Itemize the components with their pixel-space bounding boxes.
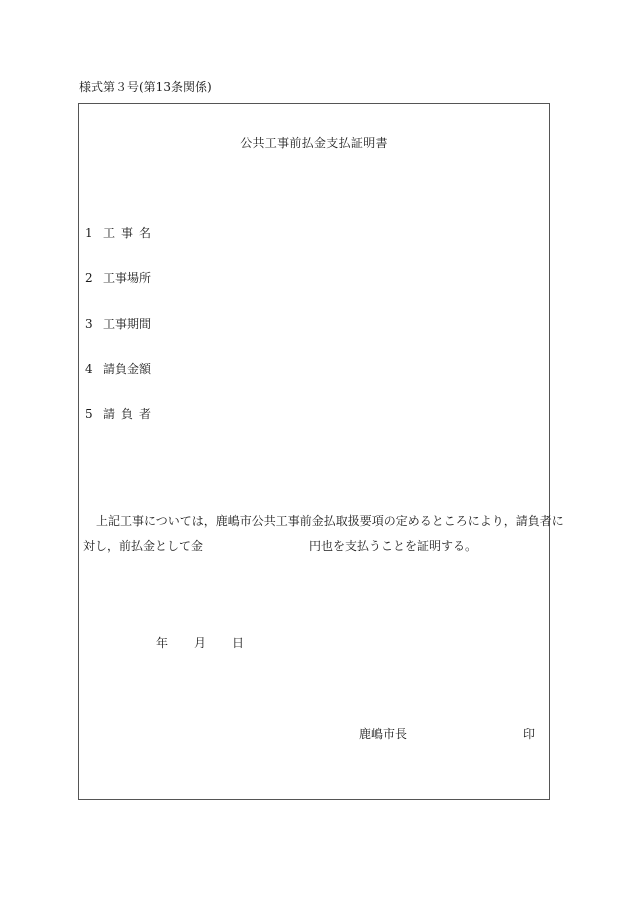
signatory-title: 鹿嶋市長: [359, 726, 407, 742]
item-number: 5: [85, 406, 103, 422]
month-label: 月: [194, 635, 206, 651]
item-label: 工事期間: [103, 316, 151, 332]
advance-payment-suffix: 円也を支払うことを証明する。: [309, 539, 477, 553]
form-number-label: 様式第３号(第13条関係): [79, 79, 212, 95]
item-contractor: 5請負者: [85, 406, 157, 422]
item-number: 1: [85, 225, 103, 241]
certification-text-line-2: 対し，前払金として金円也を支払うことを証明する。: [83, 538, 477, 554]
day-label: 日: [232, 635, 244, 651]
item-construction-location: 2工事場所: [85, 270, 151, 286]
item-contract-amount: 4請負金額: [85, 361, 151, 377]
item-label: 工事場所: [103, 270, 151, 286]
item-label: 請負者: [103, 406, 157, 422]
item-label: 工事名: [103, 225, 157, 241]
item-construction-name: 1工事名: [85, 225, 157, 241]
item-construction-period: 3工事期間: [85, 316, 151, 332]
item-number: 3: [85, 316, 103, 332]
item-number: 2: [85, 270, 103, 286]
seal-mark: 印: [523, 726, 535, 742]
item-label: 請負金額: [103, 361, 151, 377]
advance-payment-prefix: 対し，前払金として金: [83, 539, 203, 553]
certificate-frame: 公共工事前払金支払証明書 1工事名 2工事場所 3工事期間 4請負金額 5請負者…: [78, 103, 550, 800]
document-title: 公共工事前払金支払証明書: [79, 135, 549, 151]
certification-text-line-1: 上記工事については，鹿嶋市公共工事前金払取扱要項の定めるところにより，請負者に: [96, 513, 564, 529]
item-number: 4: [85, 361, 103, 377]
date-line: 年月日: [156, 635, 244, 651]
year-label: 年: [156, 635, 168, 651]
